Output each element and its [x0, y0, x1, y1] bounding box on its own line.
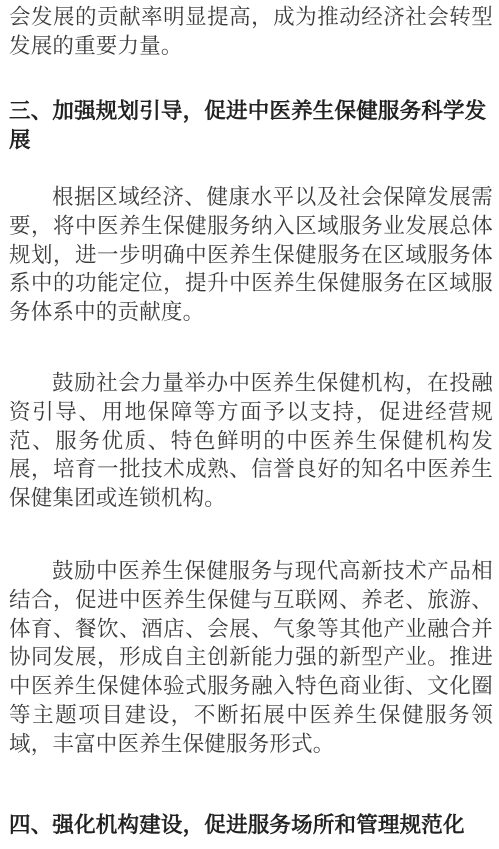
section-4-heading-block: 四、强化机构建设，促进服务场所和管理规范化	[9, 811, 493, 840]
section-3-paragraph-3: 鼓励中医养生保健服务与现代高新技术产品相结合，促进中医养生保健与互联网、养老、旅…	[9, 558, 493, 760]
section-3-paragraph-1-block: 根据区域经济、健康水平以及社会保障发展需要，将中医养生保健服务纳入区域服务业发展…	[9, 184, 493, 328]
continuation-paragraph-block: 会发展的贡献率明显提高，成为推动经济社会转型发展的重要力量。	[9, 4, 493, 62]
continuation-paragraph: 会发展的贡献率明显提高，成为推动经济社会转型发展的重要力量。	[9, 4, 493, 62]
section-3-heading-block: 三、加强规划引导，促进中医养生保健服务科学发展	[9, 97, 493, 155]
section-3-paragraph-1: 根据区域经济、健康水平以及社会保障发展需要，将中医养生保健服务纳入区域服务业发展…	[9, 184, 493, 328]
section-3-paragraph-2: 鼓励社会力量举办中医养生保健机构，在投融资引导、用地保障等方面予以支持，促进经营…	[9, 370, 493, 514]
section-4-heading: 四、强化机构建设，促进服务场所和管理规范化	[9, 811, 493, 840]
section-3-paragraph-2-block: 鼓励社会力量举办中医养生保健机构，在投融资引导、用地保障等方面予以支持，促进经营…	[9, 370, 493, 514]
section-3-heading: 三、加强规划引导，促进中医养生保健服务科学发展	[9, 97, 493, 155]
section-3-paragraph-3-block: 鼓励中医养生保健服务与现代高新技术产品相结合，促进中医养生保健与互联网、养老、旅…	[9, 558, 493, 760]
